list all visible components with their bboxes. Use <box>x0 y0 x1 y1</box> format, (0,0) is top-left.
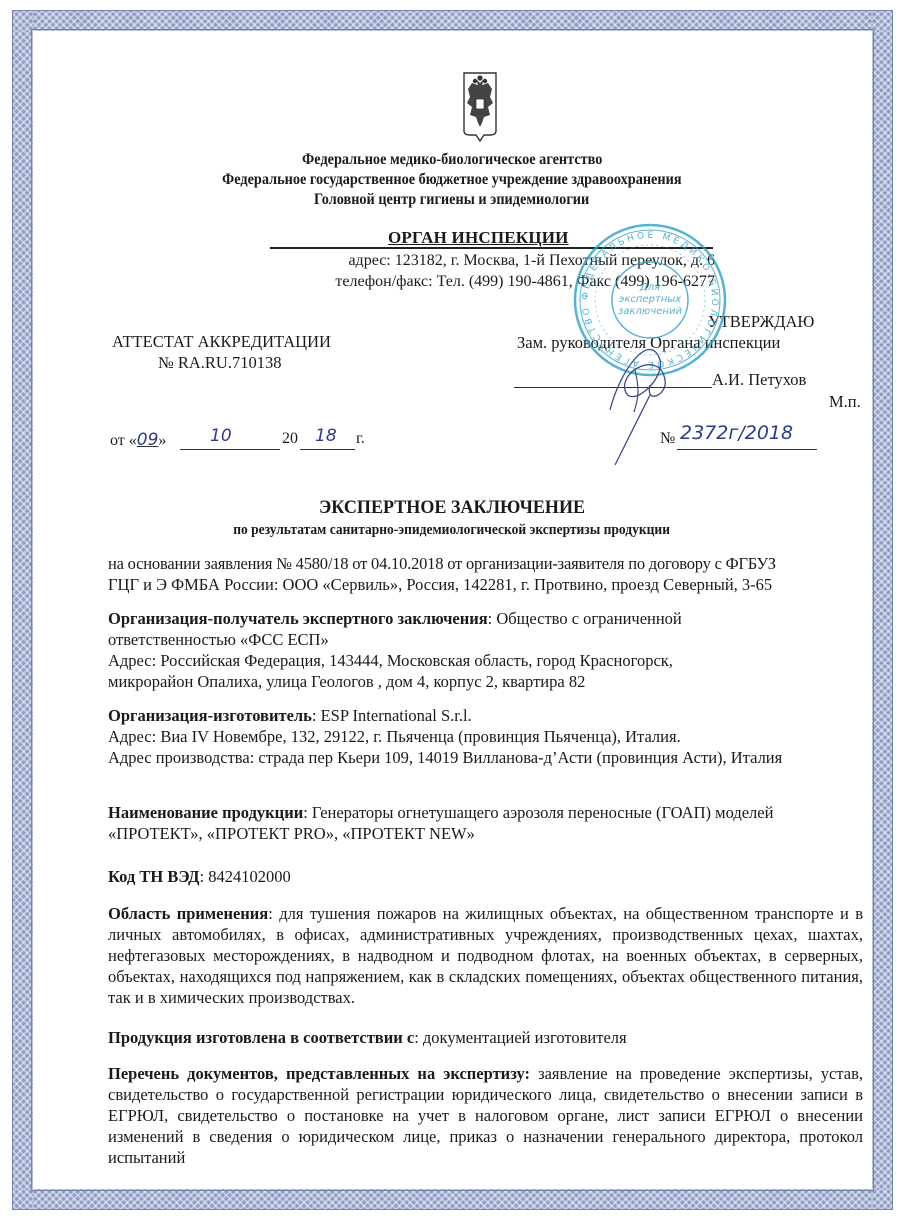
date-month-line <box>180 449 280 450</box>
signature-scribble-icon <box>590 300 700 470</box>
manufacturer-value: : ESP International S.r.l. <box>312 706 472 725</box>
date-suffix: г. <box>356 430 365 448</box>
recipient-paragraph: Организация-получатель экспертного заклю… <box>108 608 863 692</box>
header-center: Головной центр гигиены и эпидемиологии <box>0 191 904 209</box>
manufacturer-label: Организация-изготовитель <box>108 706 312 725</box>
document-subtitle: по результатам санитарно-эпидемиологичес… <box>0 522 904 539</box>
recipient-value: : Общество с ограниченной <box>488 609 682 628</box>
basis-paragraph: на основании заявления № 4580/18 от 04.1… <box>108 553 863 595</box>
tn-ved-value: : 8424102000 <box>200 867 291 886</box>
date-year-line <box>300 449 355 450</box>
svg-text:Для: Для <box>639 282 660 293</box>
document-title: ЭКСПЕРТНОЕ ЗАКЛЮЧЕНИЕ <box>0 497 904 519</box>
date-prefix: от « <box>110 432 137 449</box>
recipient-label: Организация-получатель экспертного заклю… <box>108 609 488 628</box>
date-year: 18 <box>315 426 337 446</box>
accreditation-number: № RA.RU.710138 <box>158 353 281 373</box>
header-agency: Федеральное медико-биологическое агентст… <box>0 151 904 169</box>
manufacturer-paragraph: Организация-изготовитель: ESP Internatio… <box>108 705 863 768</box>
product-paragraph: Наименование продукции: Генераторы огнет… <box>108 802 828 844</box>
coat-of-arms-icon <box>462 71 498 143</box>
conformity-label: Продукция изготовлена в соответствии с <box>108 1028 414 1047</box>
basis-line-2: ГЦГ и Э ФМБА России: ООО «Сервиль», Росс… <box>108 574 863 595</box>
scope-label: Область применения <box>108 904 268 923</box>
conformity-paragraph: Продукция изготовлена в соответствии с: … <box>108 1027 863 1048</box>
date-line: от «09» <box>110 430 166 450</box>
date-year-prefix: 20 <box>282 430 298 448</box>
seal-place-label: М.п. <box>829 392 861 412</box>
scope-paragraph: Область применения: для тушения пожаров … <box>108 903 863 1008</box>
product-label: Наименование продукции <box>108 803 303 822</box>
date-day-close: » <box>158 432 166 449</box>
manufacturer-address: Адрес: Виа IV Новембре, 132, 29122, г. П… <box>108 726 863 747</box>
recipient-address-1: Адрес: Российская Федерация, 143444, Мос… <box>108 650 863 671</box>
date-month: 10 <box>210 426 232 446</box>
date-day: 09 <box>137 430 159 450</box>
documents-paragraph: Перечень документов, представленных на э… <box>108 1063 863 1168</box>
manufacturer-production-address: Адрес производства: страда пер Кьери 109… <box>108 747 863 768</box>
organ-title: ОРГАН ИНСПЕКЦИИ <box>388 228 569 248</box>
conformity-value: : документацией изготовителя <box>414 1028 626 1047</box>
basis-line-1: на основании заявления № 4580/18 от 04.1… <box>108 553 863 574</box>
recipient-value-cont: ответственностью «ФСС ЕСП» <box>108 629 863 650</box>
tn-ved-label: Код ТН ВЭД <box>108 867 200 886</box>
recipient-address-2: микрорайон Опалиха, улица Геологов , дом… <box>108 671 863 692</box>
documents-label: Перечень документов, представленных на э… <box>108 1064 530 1083</box>
accreditation-title: АТТЕСТАТ АККРЕДИТАЦИИ <box>112 332 331 352</box>
header-institution: Федеральное государственное бюджетное уч… <box>0 171 904 189</box>
tn-ved-paragraph: Код ТН ВЭД: 8424102000 <box>108 866 863 887</box>
